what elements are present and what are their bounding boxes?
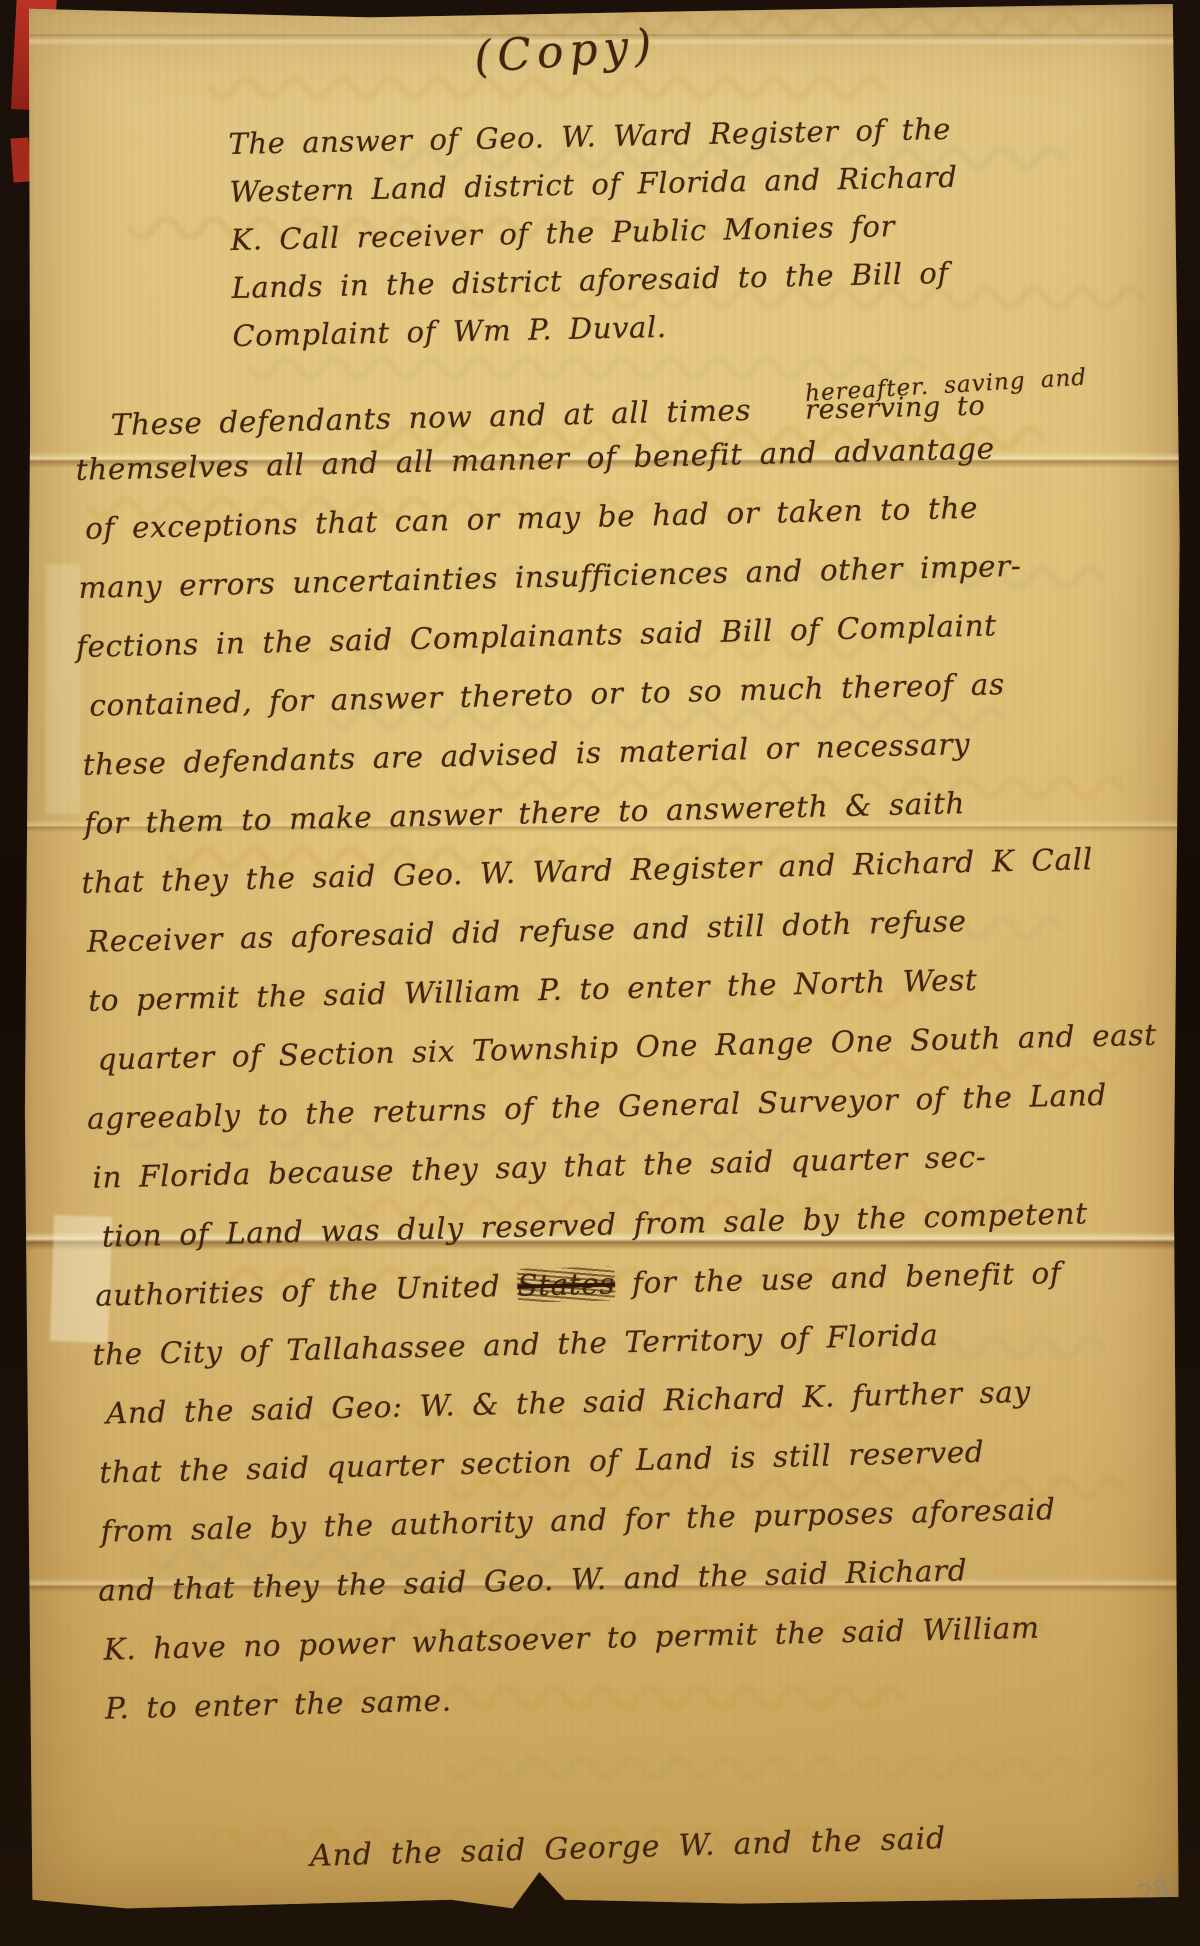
title-block: The answer of Geo. W. Ward Register of t… <box>228 105 961 360</box>
archival-page-number: 28/241 <box>1136 1863 1200 1908</box>
struck-out-word: States <box>517 1267 615 1303</box>
scanned-manuscript-page: (Copy) The answer of Geo. W. Ward Regist… <box>0 0 1200 1946</box>
line-text: These defendants now and at all times <box>110 393 751 442</box>
interlinear-insertion: hereafter. saving andreserving to <box>764 370 1087 427</box>
red-backing-chip <box>10 137 31 182</box>
paper-repair-patch <box>46 564 80 814</box>
closing-line: And the said George W. and the said <box>310 1821 947 1874</box>
body-block: These defendants now and at all timesher… <box>74 368 1196 1750</box>
copy-heading: (Copy) <box>472 20 659 84</box>
aged-paper-sheet: (Copy) The answer of Geo. W. Ward Regist… <box>22 4 1182 1916</box>
